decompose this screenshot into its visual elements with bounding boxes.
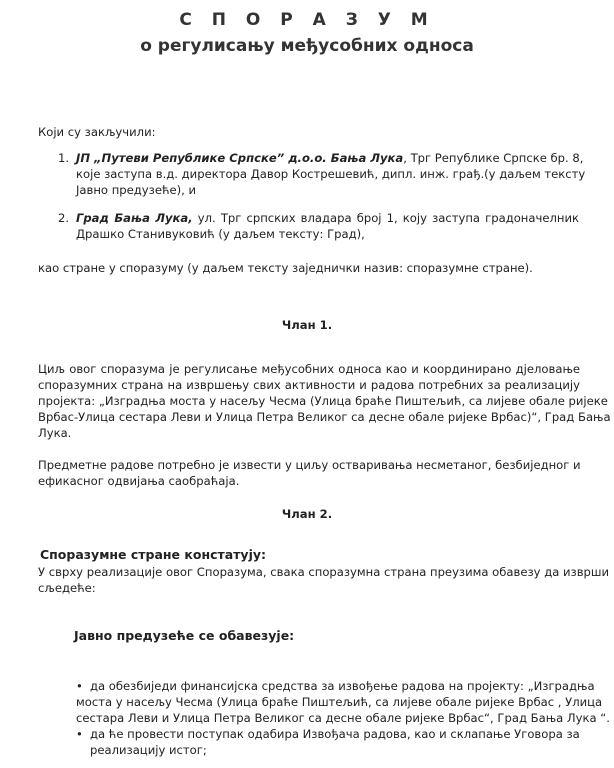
paragraph-line: У сврху реализације овог Споразума, свак… bbox=[38, 564, 580, 580]
obligations-heading: Јавно предузеће се обавезује: bbox=[74, 628, 294, 644]
bullet-line: да ће провести поступак одабира Извођача… bbox=[90, 726, 580, 742]
article-1-heading: Члан 1. bbox=[0, 317, 614, 333]
party-1-line-3: Јавно предузеће), и bbox=[76, 182, 196, 198]
party-2-number: 2. bbox=[58, 210, 76, 226]
paragraph-line: Предметне радове потребно је извести у ц… bbox=[38, 457, 580, 473]
paragraph-line: ефикасног одвијања саобраћаја. bbox=[38, 473, 239, 489]
party-1-line-2: које заступа в.д. директора Давор Костре… bbox=[76, 166, 579, 182]
party-1-name: ЈП „Путеви Републике Српске” д.о.о. Бања… bbox=[76, 151, 403, 165]
article-2-subheading: Споразумне стране констатују: bbox=[40, 547, 266, 563]
paragraph-line: споразумних страна на извршењу свих акти… bbox=[38, 377, 580, 393]
bullet-line: да обезбиједи финансијска средства за из… bbox=[90, 678, 578, 694]
bullet-line: моста у насељу Чесма (Улица браће Пиштељ… bbox=[76, 694, 578, 710]
paragraph-line: Врбас-Улица сестара Леви и Улица Петра В… bbox=[38, 409, 580, 425]
party-1-number: 1. bbox=[58, 150, 76, 166]
document-title: С П О Р А З У М bbox=[0, 10, 614, 30]
party-2-name: Град Бања Лука, bbox=[76, 211, 193, 225]
bullet-line: сестара Леви и Улица Петра Великог са де… bbox=[76, 710, 610, 726]
bullet-icon: • bbox=[76, 678, 83, 694]
document-subtitle: о регулисању међусобних односа bbox=[0, 36, 614, 56]
bullet-line: реализацију истог; bbox=[90, 742, 207, 758]
article-2-heading: Члан 2. bbox=[0, 506, 614, 522]
party-2-line-1: 2.Град Бања Лука, ул. Трг српских владар… bbox=[58, 210, 579, 226]
party-1-address: , Трг Републике Српске бр. 8, bbox=[403, 151, 583, 165]
party-1-line-1: 1.ЈП „Путеви Републике Српске” д.о.о. Ба… bbox=[58, 150, 580, 166]
party-2-line-2: Драшко Станивуковић (у даљем тексту: Гра… bbox=[76, 226, 365, 242]
paragraph-line: Лука. bbox=[38, 425, 71, 441]
paragraph-line: Циљ овог споразума је регулисање међусоб… bbox=[38, 361, 580, 377]
bullet-icon: • bbox=[76, 726, 83, 742]
paragraph-line: сљедеће: bbox=[38, 580, 96, 596]
party-2-address: ул. Трг српских владара број 1, коју зас… bbox=[193, 211, 579, 225]
parties-closing: као стране у споразуму (у даљем тексту з… bbox=[38, 260, 533, 276]
intro-text: Који су закључили: bbox=[38, 124, 156, 140]
paragraph-line: пројекта: „Изградња моста у насељу Чесма… bbox=[38, 393, 580, 409]
